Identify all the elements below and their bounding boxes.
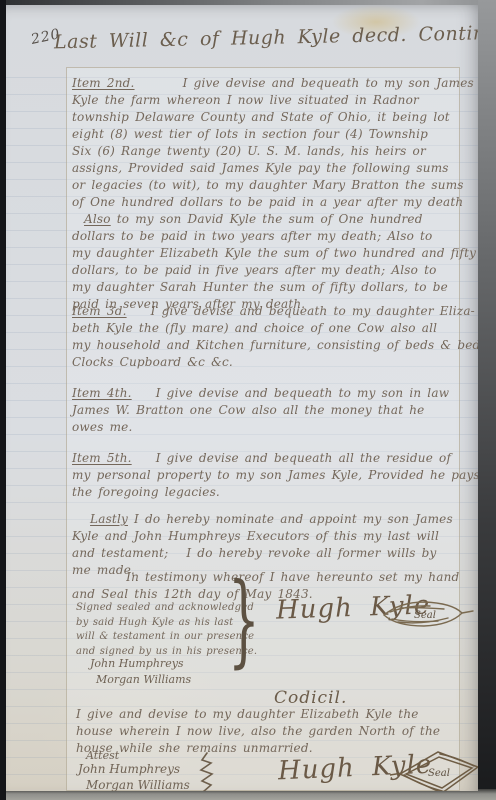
scanned-will-page: 220 Last Will &c of Hugh Kyle decd. Cont…: [0, 0, 496, 800]
text-line: my household and Kitchen furniture, cons…: [72, 337, 464, 354]
text-line: Item 2nd. I give devise and bequeath to …: [72, 75, 464, 92]
wax-seal-scribble-icon: Seal: [378, 595, 474, 633]
attestation-brace: }: [228, 572, 260, 672]
diamond-seal-icon: Seal: [390, 745, 478, 791]
text-line: Clocks Cupboard &c &c.: [72, 354, 464, 371]
text-line: Also to my son David Kyle the sum of One…: [72, 211, 464, 228]
text-line: owes me.: [72, 419, 464, 436]
text-line: the foregoing legacies.: [72, 484, 464, 501]
seal-label: Seal: [414, 610, 436, 621]
text-line: Lastly I do hereby nominate and appoint …: [72, 511, 464, 528]
text-line: dollars, to be paid in five years after …: [72, 262, 464, 279]
page-title: Last Will &c of Hugh Kyle decd. Continue…: [54, 23, 466, 54]
text-line: my personal property to my son James Kyl…: [72, 467, 464, 484]
text-line: Item 5th. I give devise and bequeath all…: [72, 450, 464, 467]
codicil-witness-1: John Humphreys: [78, 762, 180, 776]
text-line: my daughter Elizabeth Kyle the sum of tw…: [72, 245, 464, 262]
text-line: assigns, Provided said James Kyle pay th…: [72, 160, 464, 177]
codicil-witness-2: Morgan Williams: [86, 778, 190, 791]
text-line: James W. Bratton one Cow also all the mo…: [72, 402, 464, 419]
text-line: my daughter Sarah Hunter the sum of fift…: [72, 279, 464, 296]
witness-signature-1: John Humphreys: [90, 657, 184, 670]
paragraph-item-2: Item 2nd. I give devise and bequeath to …: [72, 75, 464, 313]
text-line: In testimony whereof I have hereunto set…: [72, 569, 464, 586]
ink-flourish-icon: [196, 751, 218, 791]
text-line: Six (6) Range twenty (20) U. S. M. lands…: [72, 143, 464, 160]
text-line: eight (8) west tier of lots in section f…: [72, 126, 464, 143]
text-line: township Delaware County and State of Oh…: [72, 109, 464, 126]
photo-edge-left: [0, 0, 6, 800]
photo-edge-right: [478, 0, 496, 800]
witness-signature-2: Morgan Williams: [96, 673, 191, 686]
ledger-page: 220 Last Will &c of Hugh Kyle decd. Cont…: [6, 5, 478, 791]
text-line: house wherein I now live, also the garde…: [76, 723, 468, 740]
paragraph-item-4: Item 4th. I give devise and bequeath to …: [72, 385, 464, 436]
text-line: I give and devise to my daughter Elizabe…: [76, 706, 468, 723]
seal-label: Seal: [428, 768, 450, 779]
text-line: Item 3d. I give devise and bequeath to m…: [72, 303, 464, 320]
text-line: Kyle the farm whereon I now live situate…: [72, 92, 464, 109]
attest-label: Attest: [86, 749, 119, 762]
paragraph-item-3: Item 3d. I give devise and bequeath to m…: [72, 303, 464, 371]
text-line: of One hundred dollars to be paid in a y…: [72, 194, 464, 211]
codicil-heading: Codicil.: [274, 688, 347, 708]
text-line: and testament; I do hereby revoke all fo…: [72, 545, 464, 562]
paragraph-item-5: Item 5th. I give devise and bequeath all…: [72, 450, 464, 501]
text-line: or legacies (to wit), to my daughter Mar…: [72, 177, 464, 194]
text-line: beth Kyle the (fly mare) and choice of o…: [72, 320, 464, 337]
text-line: Kyle and John Humphreys Executors of thi…: [72, 528, 464, 545]
text-line: dollars to be paid in two years after my…: [72, 228, 464, 245]
text-line: Item 4th. I give devise and bequeath to …: [72, 385, 464, 402]
